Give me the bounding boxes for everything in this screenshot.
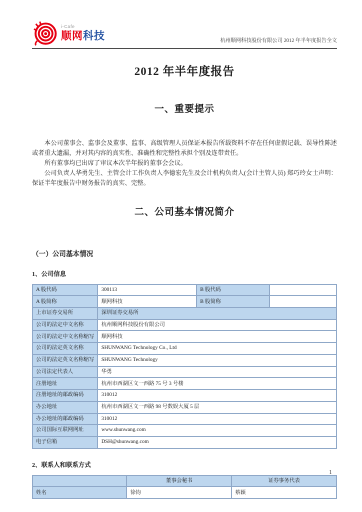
notice-paragraph-1: 本公司董事会、监事会及董事、监事、高级管理人员保证本报告所载资料不存在任何虚假记… [32,139,337,159]
cell-label: 公司法定代表人 [33,366,98,378]
section1-heading: 一、重要提示 [32,101,337,115]
cell-label: A 股代码 [33,284,98,296]
cell-label: 注册地址 [33,378,98,390]
column-header-secretary: 董事会秘书 [127,475,232,487]
cell-value: 310012 [98,413,337,425]
cell-value: 华勇 [98,366,337,378]
cell-value: 顺网科技 [98,331,337,343]
cell-label: 公司的法定中文名称 [33,319,98,331]
cell-value: SHUNWANG Technology Co., Ltd [98,343,337,355]
table-row: 公司法定代表人 华勇 [33,366,337,378]
table-header-row: 董事会秘书 证券事务代表 [33,475,337,487]
column-header-representative: 证券事务代表 [232,475,337,487]
section2-heading: 二、公司基本情况简介 [32,204,337,218]
shunwang-target-icon [32,20,58,46]
cell-value [270,284,337,296]
cell-value: 310012 [98,390,337,402]
logo-brand-blue: 科技 [83,30,105,42]
table-row: A 股代码 300113 B 股代码 [33,284,337,296]
logo-brand: 顺网科技 [61,31,105,42]
page-header: i-Cafe 顺网科技 杭州顺网科技股份有限公司 2012 年半年度报告全文 [32,20,337,46]
cell-value: 杭州顺网科技股份有限公司 [98,319,337,331]
cell-label: B 股简称 [197,296,270,308]
report-page: i-Cafe 顺网科技 杭州顺网科技股份有限公司 2012 年半年度报告全文 2… [0,0,362,512]
table-row: 公司国际互联网网址 www.shunwang.com [33,425,337,437]
cell-value: 顺网科技 [98,296,197,308]
cell-label: 公司国际互联网网址 [33,425,98,437]
report-title: 2012 年半年度报告 [32,63,337,79]
logo-text: i-Cafe 顺网科技 [61,25,105,41]
cell-label: 公司的法定中文名称缩写 [33,331,98,343]
cell-label: 姓名 [33,487,127,499]
table-row: 姓名 徐钧 蔡颖 [33,487,337,499]
cell-label: 办公地址 [33,401,98,413]
table-row: 办公地址的邮政编码 310012 [33,413,337,425]
page-number: 1 [329,470,332,476]
table-row: 电子信箱 DSH@shunwang.com [33,436,337,448]
running-header-text: 杭州顺网科技股份有限公司 2012 年半年度报告全文 [220,37,337,46]
table-row: 公司的法定中文名称缩写 顺网科技 [33,331,337,343]
cell-value: 深圳证券交易所 [98,308,337,320]
table-row: 公司的法定中文名称 杭州顺网科技股份有限公司 [33,319,337,331]
cell-label: A 股简称 [33,296,98,308]
cell-value: 300113 [98,284,197,296]
cell-label: 电子信箱 [33,436,98,448]
subsection-company-info: 1、公司信息 [32,269,337,278]
cell-value: DSH@shunwang.com [98,436,337,448]
cell-value: SHUNWANG Technology [98,354,337,366]
cell-label: 上市证券交易所 [33,308,98,320]
table-row: 公司的法定英文名称缩写 SHUNWANG Technology [33,354,337,366]
cell-empty [33,475,127,487]
cell-value: www.shunwang.com [98,425,337,437]
subsection-company-basic: （一）公司基本情况 [32,248,337,258]
cell-label: 公司的法定英文名称缩写 [33,354,98,366]
table-row: 办公地址 杭州市西湖区文一西路 98 号数娱大厦 5 层 [33,401,337,413]
cell-value [270,296,337,308]
contact-table: 董事会秘书 证券事务代表 姓名 徐钧 蔡颖 [32,475,337,499]
cell-label: 公司的法定英文名称 [33,343,98,355]
cell-value: 杭州市西湖区文一西路 75 号 3 号楼 [98,378,337,390]
logo-brand-red: 顺网 [61,30,83,42]
cell-value: 徐钧 [127,487,232,499]
table-row: A 股简称 顺网科技 B 股简称 [33,296,337,308]
header-divider [32,48,337,49]
company-info-table: A 股代码 300113 B 股代码 A 股简称 顺网科技 B 股简称 上市证券… [32,284,337,449]
cell-value: 蔡颖 [232,487,337,499]
notice-paragraph-3: 公司负责人华勇先生、主管会计工作负责人李德宏先生及会计机构负责人(会计主管人员)… [32,169,337,189]
table-row: 公司的法定英文名称 SHUNWANG Technology Co., Ltd [33,343,337,355]
company-logo: i-Cafe 顺网科技 [32,20,105,46]
notice-paragraph-2: 所有董事均已出席了审议本次半年报的董事会会议。 [32,159,337,169]
cell-value: 杭州市西湖区文一西路 98 号数娱大厦 5 层 [98,401,337,413]
cell-label: 注册地址的邮政编码 [33,390,98,402]
important-notice-paragraphs: 本公司董事会、监事会及董事、监事、高级管理人员保证本报告所载资料不存在任何虚假记… [32,139,337,189]
table-row: 注册地址的邮政编码 310012 [33,390,337,402]
cell-label: B 股代码 [197,284,270,296]
subsection-contacts: 2、联系人和联系方式 [32,460,337,469]
table-row: 上市证券交易所 深圳证券交易所 [33,308,337,320]
table-row: 注册地址 杭州市西湖区文一西路 75 号 3 号楼 [33,378,337,390]
cell-label: 办公地址的邮政编码 [33,413,98,425]
